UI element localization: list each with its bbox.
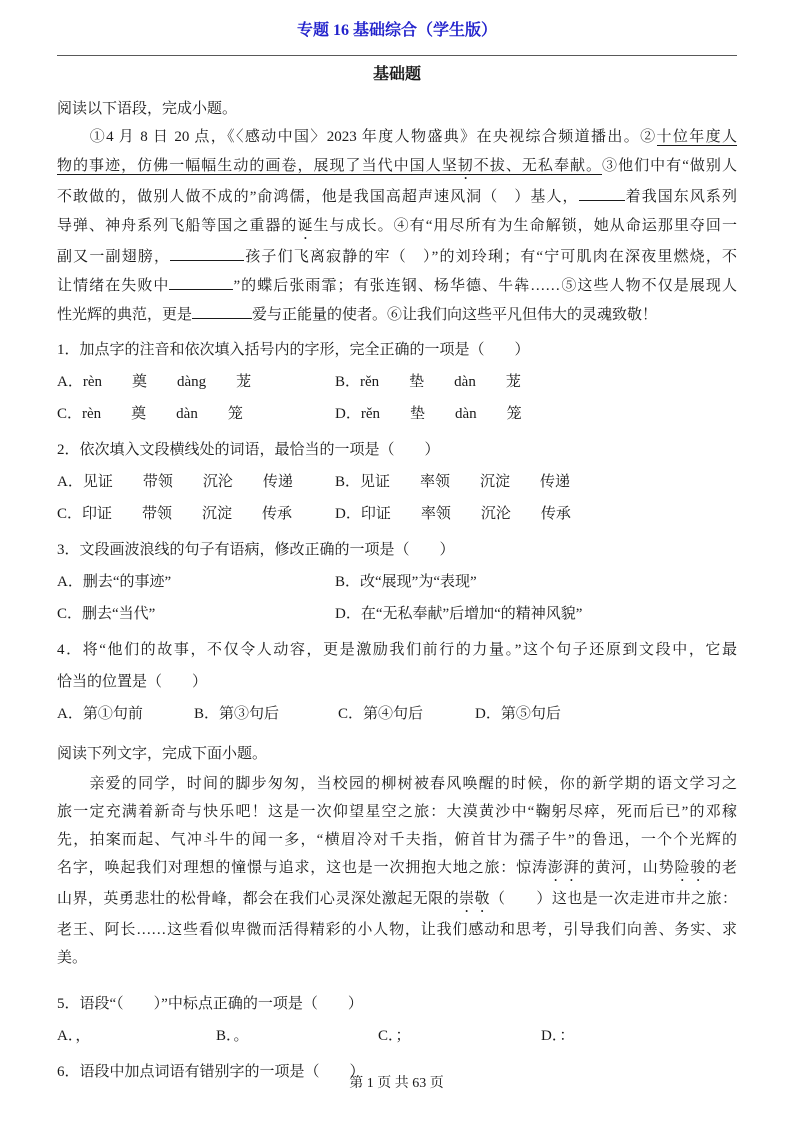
- option-a: A．第①句前: [57, 698, 194, 730]
- text-segment: 导弹、神舟系列飞船等国之重器的: [57, 218, 297, 234]
- underlined-text: 物的事迹，仿佛一幅幅生动的画卷，展现了当代中国人坚: [57, 158, 458, 175]
- question-1-option-row-2: C．rèn 奠 dàn 笼 D．rěn 垫 dàn 笼: [57, 398, 737, 430]
- instruction-line-2: 阅读下列文字，完成下面小题。: [57, 738, 737, 770]
- option-d: D．：: [541, 1020, 737, 1052]
- option-c: C．印证 带领 沉淀 传承: [57, 498, 335, 530]
- passage-line: 旅一定充满着新奇与快乐吧！这是一次仰望星空之旅：大漠黄沙中“鞠躬尽瘁，死而后已”…: [57, 798, 737, 826]
- instruction-line-1: 阅读以下语段，完成小题。: [57, 95, 737, 123]
- question-4: 4．将“他们的故事，不仅令人动容，更是激励我们前行的力量。”这个句子还原到文段中…: [57, 634, 737, 730]
- option-d: D．rěn 垫 dàn 笼: [335, 398, 737, 430]
- text-segment: 老王、阿长……这些看似卑微而活得精彩的小人物，让我们感动和思考，引导我们向善、务…: [57, 922, 737, 938]
- question-5: 5．语段“（ ）”中标点正确的一项是（ ） A．， B．。 C．； D．：: [57, 988, 737, 1052]
- text-segment: 生与成长。④有“用尽所有为生命解锁，她从命运那里夺回一: [314, 218, 737, 234]
- underlined-text: 十位年度人: [657, 129, 737, 146]
- question-5-option-row: A．， B．。 C．； D．：: [57, 1020, 737, 1052]
- text-segment: 不敢做的，做别人做不成的”俞鸿儒，他是我国高超声速风洞（ ）基人，: [57, 189, 579, 205]
- blank-underline: [170, 246, 244, 261]
- question-3-stem: 3．文段画波浪线的句子有语病，修改正确的一项是（ ）: [57, 534, 737, 566]
- question-1: 1．加点字的注音和依次填入括号内的字形，完全正确的一项是（ ） A．rèn 奠 …: [57, 334, 737, 430]
- text-segment: 旅一定充满着新奇与快乐吧！这是一次仰望星空之旅：大漠黄沙中“鞠躬尽瘁，死而后已”…: [57, 804, 737, 820]
- option-a: A．见证 带领 沉沦 传递: [57, 466, 335, 498]
- passage-line: 亲爱的同学，时间的脚步匆匆，当校园的柳树被春风唤醒的时候，你的新学期的语文学习之: [57, 770, 737, 798]
- passage-line: 物的事迹，仿佛一幅幅生动的画卷，展现了当代中国人坚韧不拔、无私奉献。③他们中有“…: [57, 152, 737, 183]
- passage-line: 先，拍案而起、气冲斗牛的闻一多，“横眉冷对千夫指，俯首甘为孺子牛”的鲁迅，一个个…: [57, 826, 737, 854]
- text-segment: 着我国东风系列: [625, 189, 737, 205]
- option-c: C．rèn 奠 dàn 笼: [57, 398, 335, 430]
- passage-line: 性光辉的典范，更是爱与正能量的使者。⑥让我们向这些平凡但伟大的灵魂致敬！: [57, 301, 737, 330]
- title-divider: [57, 55, 737, 56]
- dot-emphasized-text: 韧: [458, 158, 474, 175]
- question-5-stem: 5．语段“（ ）”中标点正确的一项是（ ）: [57, 988, 737, 1020]
- option-b: B．改“展现”为“表现”: [335, 566, 737, 598]
- text-segment: 爱与正能量的使者。⑥让我们向这些平凡但伟大的灵魂致敬！: [252, 307, 657, 323]
- text-segment: ③他们中有“做别人: [602, 158, 737, 174]
- passage-line: 老王、阿长……这些看似卑微而活得精彩的小人物，让我们感动和思考，引导我们向善、务…: [57, 916, 737, 944]
- question-2: 2．依次填入文段横线处的词语，最恰当的一项是（ ） A．见证 带领 沉沦 传递 …: [57, 434, 737, 530]
- question-2-option-row-2: C．印证 带领 沉淀 传承 D．印证 率领 沉沦 传承: [57, 498, 737, 530]
- option-a: A．rèn 奠 dàng 茏: [57, 366, 335, 398]
- question-3-option-row-2: C．删去“当代” D．在“无私奉献”后增加“的精神风貌”: [57, 598, 737, 630]
- passage-line: 让情绪在失败中”的蝶后张雨霏；有张连钢、杨华德、牛犇……⑤这些人物不仅是展现人: [57, 272, 737, 301]
- passage-line: 名字，唤起我们对理想的憧憬与追求，这也是一次拥抱大地之旅：惊涛澎湃的黄河，山势险…: [57, 854, 737, 885]
- dot-emphasized-text: 险骏: [674, 860, 706, 876]
- question-2-option-row-1: A．见证 带领 沉沦 传递 B．见证 率领 沉淀 传递: [57, 466, 737, 498]
- blank-underline: [169, 275, 233, 290]
- dot-emphasized-text: 崇敬: [459, 891, 490, 907]
- option-c: C．；: [378, 1020, 541, 1052]
- text-segment: 亲爱的同学，时间的脚步匆匆，当校园的柳树被春风唤醒的时候，你的新学期的语文学习之: [57, 776, 737, 792]
- option-d: D．印证 率领 沉沦 传承: [335, 498, 737, 530]
- option-b: B．rěn 垫 dàn 茏: [335, 366, 737, 398]
- passage-1: ①4 月 8 日 20 点，《〈感动中国〉2023 年度人物盛典》在央视综合频道…: [57, 123, 737, 330]
- text-segment: ①4 月 8 日 20 点，《〈感动中国〉2023 年度人物盛典》在央视综合频道…: [57, 129, 657, 145]
- option-c: C．删去“当代”: [57, 598, 335, 630]
- passage-line: 副又一副翅膀，孩子们飞离寂静的牢（ ）”的刘玲琍；有“宁可肌肉在深夜里燃烧，不: [57, 243, 737, 272]
- passage-line: ①4 月 8 日 20 点，《〈感动中国〉2023 年度人物盛典》在央视综合频道…: [57, 123, 737, 152]
- text-segment: （ ）这也是一次走进市井之旅：: [490, 891, 737, 907]
- text-segment: 的黄河，山势: [579, 860, 674, 876]
- text-segment: 山界，英勇悲壮的松骨峰，都会在我们心灵深处激起无限的: [57, 891, 459, 907]
- option-c: C．第④句后: [338, 698, 475, 730]
- text-segment: ”的蝶后张雨霏；有张连钢、杨华德、牛犇……⑤这些人物不仅是展现人: [233, 278, 737, 294]
- question-1-option-row-1: A．rèn 奠 dàng 茏 B．rěn 垫 dàn 茏: [57, 366, 737, 398]
- text-segment: 让情绪在失败中: [57, 278, 169, 294]
- passage-line: 导弹、神舟系列飞船等国之重器的诞生与成长。④有“用尽所有为生命解锁，她从命运那里…: [57, 212, 737, 243]
- option-b: B．。: [216, 1020, 378, 1052]
- text-segment: 副又一副翅膀，: [57, 249, 170, 265]
- underlined-text: 不拔、无私奉献。: [474, 158, 602, 175]
- option-b: B．见证 率领 沉淀 传递: [335, 466, 737, 498]
- text-segment: 孩子们飞离寂静的牢（ ）”的刘玲琍；有“宁可肌肉在深夜里燃烧，不: [244, 249, 737, 265]
- passage-line: 不敢做的，做别人做不成的”俞鸿儒，他是我国高超声速风洞（ ）基人，着我国东风系列: [57, 183, 737, 212]
- section-heading: 基础题: [57, 63, 737, 87]
- option-d: D．第⑤句后: [475, 698, 737, 730]
- question-4-option-row: A．第①句前 B．第③句后 C．第④句后 D．第⑤句后: [57, 698, 737, 730]
- passage-2: 亲爱的同学，时间的脚步匆匆，当校园的柳树被春风唤醒的时候，你的新学期的语文学习之…: [57, 770, 737, 972]
- question-4-stem-line-1: 4．将“他们的故事，不仅令人动容，更是激励我们前行的力量。”这个句子还原到文段中…: [57, 634, 737, 666]
- question-3-option-row-1: A．删去“的事迹” B．改“展现”为“表现”: [57, 566, 737, 598]
- page-title: 专题 16 基础综合（学生版）: [57, 20, 737, 42]
- option-b: B．第③句后: [194, 698, 338, 730]
- passage-line: 美。: [57, 944, 737, 972]
- question-1-stem: 1．加点字的注音和依次填入括号内的字形，完全正确的一项是（ ）: [57, 334, 737, 366]
- question-2-stem: 2．依次填入文段横线处的词语，最恰当的一项是（ ）: [57, 434, 737, 466]
- document-page: 专题 16 基础综合（学生版） 基础题 阅读以下语段，完成小题。 ①4 月 8 …: [0, 0, 793, 1122]
- text-segment: 性光辉的典范，更是: [57, 307, 192, 323]
- passage-line: 山界，英勇悲壮的松骨峰，都会在我们心灵深处激起无限的崇敬（ ）这也是一次走进市井…: [57, 885, 737, 916]
- option-a: A．，: [57, 1020, 216, 1052]
- question-4-stem-line-2: 恰当的位置是（ ）: [57, 666, 737, 698]
- option-a: A．删去“的事迹”: [57, 566, 335, 598]
- dot-emphasized-text: 诞: [297, 218, 313, 234]
- text-segment: 的老: [706, 860, 737, 876]
- blank-underline: [192, 304, 252, 319]
- text-segment: 名字，唤起我们对理想的憧憬与追求，这也是一次拥抱大地之旅：惊涛: [57, 860, 548, 876]
- text-segment: 先，拍案而起、气冲斗牛的闻一多，“横眉冷对千夫指，俯首甘为孺子牛”的鲁迅，一个个…: [57, 832, 737, 848]
- dot-emphasized-text: 澎湃: [548, 860, 580, 876]
- blank-underline: [579, 186, 625, 201]
- question-3: 3．文段画波浪线的句子有语病，修改正确的一项是（ ） A．删去“的事迹” B．改…: [57, 534, 737, 630]
- footer-page-number: 第 1 页 共 63 页: [0, 1072, 793, 1092]
- option-d: D．在“无私奉献”后增加“的精神风貌”: [335, 598, 737, 630]
- text-segment: 美。: [57, 950, 87, 966]
